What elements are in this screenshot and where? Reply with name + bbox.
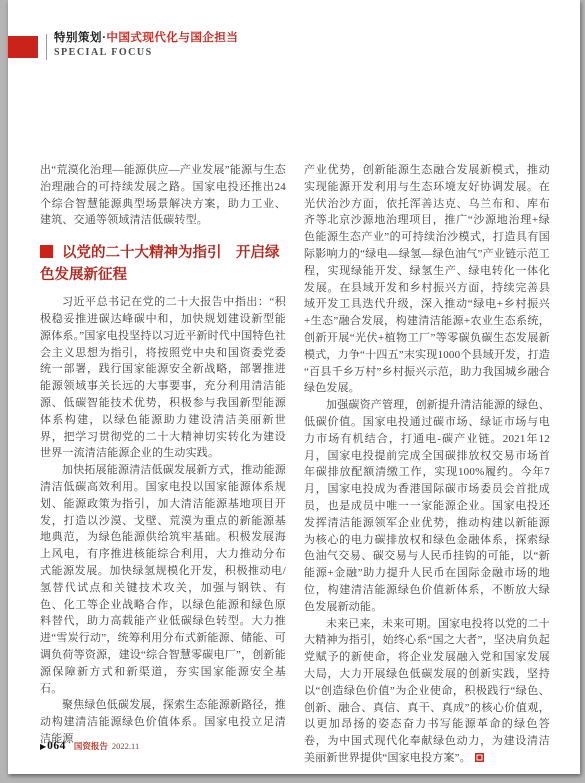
paragraph: 加强碳资产管理，创新提升清洁能源的绿色、低碳价值。国家电投通过碳市场、绿证市场与… xyxy=(304,397,550,615)
header: 特别策划·中国式现代化与国企担当 SPECIAL FOCUS xyxy=(54,33,238,58)
page-marker-icon: ▶ xyxy=(40,742,46,751)
article-body: 出“荒漠化治理—能源供应—产业发展”能源与生态治理融合的可持续发展之路。国家电投… xyxy=(40,162,550,767)
section-heading-text: 以党的二十大精神为指引 开启绿色发展新征程 xyxy=(40,245,280,283)
section-heading: 以党的二十大精神为指引 开启绿色发展新征程 xyxy=(40,242,286,286)
paragraph: 加快拓展能源清洁低碳发展新方式，推动能源清洁低碳高效利用。国家电投以国家能源体系… xyxy=(40,462,286,697)
column-right: 产业优势，创新能源生态融合发展新模式，推动实现能源开发利用与生态环境友好协调发展… xyxy=(304,162,550,767)
header-divider xyxy=(46,34,47,60)
column-left: 出“荒漠化治理—能源供应—产业发展”能源与生态治理融合的可持续发展之路。国家电投… xyxy=(40,162,286,767)
paragraph-text: 未来已来，未来可期。国家电投将以党的二十大精神为指引，始终心系“国之大者”，坚决… xyxy=(304,618,550,764)
header-accent-bar xyxy=(8,36,38,58)
issue-number: 2022.11 xyxy=(112,741,139,751)
paragraph: 习近平总书记在党的二十大报告中指出：“积极稳妥推进碳达峰碳中和，加快规划建设新型… xyxy=(40,294,286,462)
header-title-black: 特别策划· xyxy=(54,32,106,44)
journal-name: 国资报告 xyxy=(74,740,108,752)
header-title-red: 中国式现代化与国企担当 xyxy=(106,32,238,44)
page-footer: ▶ 064 国资报告 2022.11 xyxy=(40,740,139,752)
section-bullet-icon xyxy=(40,245,53,258)
header-title: 特别策划·中国式现代化与国企担当 xyxy=(54,33,238,45)
header-subtitle: SPECIAL FOCUS xyxy=(54,48,238,58)
magazine-page: 特别策划·中国式现代化与国企担当 SPECIAL FOCUS 出“荒漠化治理—能… xyxy=(8,0,580,774)
paragraph: 未来已来，未来可期。国家电投将以党的二十大精神为指引，始终心系“国之大者”，坚决… xyxy=(304,616,550,767)
paragraph-continuation: 出“荒漠化治理—能源供应—产业发展”能源与生态治理融合的可持续发展之路。国家电投… xyxy=(40,162,286,229)
page-number: 064 xyxy=(47,740,66,752)
article-end-icon xyxy=(475,753,484,762)
paragraph-continuation: 产业优势，创新能源生态融合发展新模式，推动实现能源开发利用与生态环境友好协调发展… xyxy=(304,162,550,397)
